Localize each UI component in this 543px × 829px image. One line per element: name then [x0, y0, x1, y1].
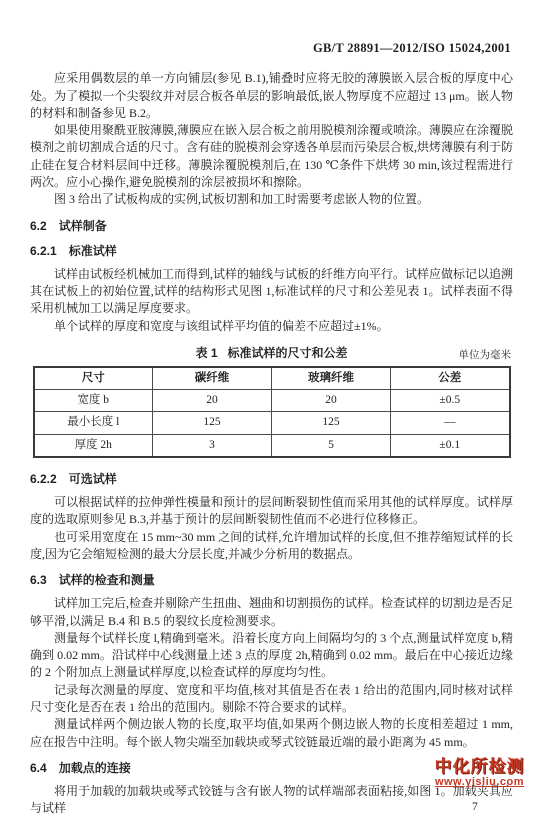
table-header-row: 尺寸 碳纤维 玻璃纤维 公差 — [34, 367, 510, 390]
paragraph-optional-width: 也可采用宽度在 15 mm~30 mm 之间的试样,允许增加试样的长度,但不推荐… — [30, 529, 513, 564]
paragraph-film-release-agent: 如果使用聚酰亚胺薄膜,薄膜应在嵌入层合板之前用脱模剂涂覆或喷涂。薄膜应在涂覆脱模… — [30, 122, 513, 191]
document-page: GB/T 28891—2012/ISO 15024,2001 应采用偶数层的单一… — [0, 0, 543, 829]
paragraph-measurement: 测量每个试样长度 l,精确到毫米。沿着长度方向上间隔均匀的 3 个点,测量试样宽… — [30, 630, 513, 682]
paragraph-figure3-note: 图 3 给出了试板构成的实例,试板切割和加工时需要考虑嵌人物的位置。 — [30, 191, 513, 208]
section-title: 可选试样 — [69, 472, 117, 486]
section-number: 6.2 — [30, 219, 47, 233]
page-number: 7 — [472, 799, 478, 816]
table-cell: 20 — [153, 390, 272, 412]
table-header-cell: 玻璃纤维 — [272, 367, 391, 390]
paragraph-specimen-machining: 试样由试板经机械加工而得到,试样的轴线与试板的纤维方向平行。试样应做标记以追溯其… — [30, 266, 513, 318]
section-number: 6.4 — [30, 761, 47, 775]
table-cell: ±0.5 — [391, 390, 510, 412]
table-row: 宽度 b 20 20 ±0.5 — [34, 390, 510, 412]
section-heading-6-2: 6.2试样制备 — [30, 219, 513, 234]
table-header-cell: 尺寸 — [34, 367, 153, 390]
table-cell: — — [391, 412, 510, 434]
table1-caption: 表 1标准试样的尺寸和公差 — [30, 345, 513, 362]
paragraph-insert-length: 测量试样两个侧边嵌人物的长度,取平均值,如果两个侧边嵌人物的长度相差超过 1 m… — [30, 716, 513, 751]
section-number: 6.2.2 — [30, 472, 57, 486]
section-number: 6.2.1 — [30, 244, 57, 258]
section-title: 试样的检查和测量 — [59, 573, 155, 587]
table-cell: ±0.1 — [391, 434, 510, 457]
table-cell: 最小长度 l — [34, 412, 153, 434]
table1-caption-row: 表 1标准试样的尺寸和公差 单位为毫米 — [30, 345, 513, 360]
table-cell: 宽度 b — [34, 390, 153, 412]
section-title: 试样制备 — [59, 219, 107, 233]
section-title: 标准试样 — [69, 244, 117, 258]
paragraph-layup: 应采用偶数层的单一方向铺层(参见 B.1),铺叠时应将无胶的薄膜嵌入层合板的厚度… — [30, 70, 513, 122]
section-heading-6-2-2: 6.2.2可选试样 — [30, 472, 513, 487]
table1-unit-note: 单位为毫米 — [459, 347, 512, 364]
paragraph-deviation-limit: 单个试样的厚度和宽度与该组试样平均值的偏差不应超过±1%。 — [30, 318, 513, 335]
paragraph-optional-thickness: 可以根据试样的拉伸弹性模量和预计的层间断裂韧性值而采用其他的试样厚度。试样厚度的… — [30, 494, 513, 529]
paragraph-inspection: 试样加工完后,检查并剔除产生扭曲、翘曲和切割损伤的试样。检查试样的切割边是否足够… — [30, 595, 513, 630]
standard-code-header: GB/T 28891—2012/ISO 15024,2001 — [30, 40, 513, 57]
table1-dimensions-tolerances: 尺寸 碳纤维 玻璃纤维 公差 宽度 b 20 20 ±0.5 最小长度 l 12… — [33, 366, 511, 458]
page-content: GB/T 28891—2012/ISO 15024,2001 应采用偶数层的单一… — [0, 0, 543, 818]
section-number: 6.3 — [30, 573, 47, 587]
section-heading-6-4: 6.4加载点的连接 — [30, 761, 513, 776]
table-header-cell: 碳纤维 — [153, 367, 272, 390]
table-cell: 5 — [272, 434, 391, 457]
paragraph-record-check: 记录每次测量的厚度、宽度和平均值,核对其值是否在表 1 给出的范围内,同时核对试… — [30, 682, 513, 717]
section-heading-6-3: 6.3试样的检查和测量 — [30, 573, 513, 588]
table-cell: 3 — [153, 434, 272, 457]
paragraph-load-blocks: 将用于加载的加载块或琴式铰链与含有嵌人物的试样端部表面粘接,如图 1。加载夹具应… — [30, 783, 513, 818]
table-cell: 125 — [153, 412, 272, 434]
table-row: 最小长度 l 125 125 — — [34, 412, 510, 434]
table1-caption-label: 表 1 — [195, 346, 217, 360]
section-title: 加载点的连接 — [59, 761, 131, 775]
section-heading-6-2-1: 6.2.1标准试样 — [30, 244, 513, 259]
table-cell: 125 — [272, 412, 391, 434]
table-cell: 20 — [272, 390, 391, 412]
table-row: 厚度 2h 3 5 ±0.1 — [34, 434, 510, 457]
table-cell: 厚度 2h — [34, 434, 153, 457]
table1-caption-title: 标准试样的尺寸和公差 — [228, 346, 348, 360]
table-header-cell: 公差 — [391, 367, 510, 390]
